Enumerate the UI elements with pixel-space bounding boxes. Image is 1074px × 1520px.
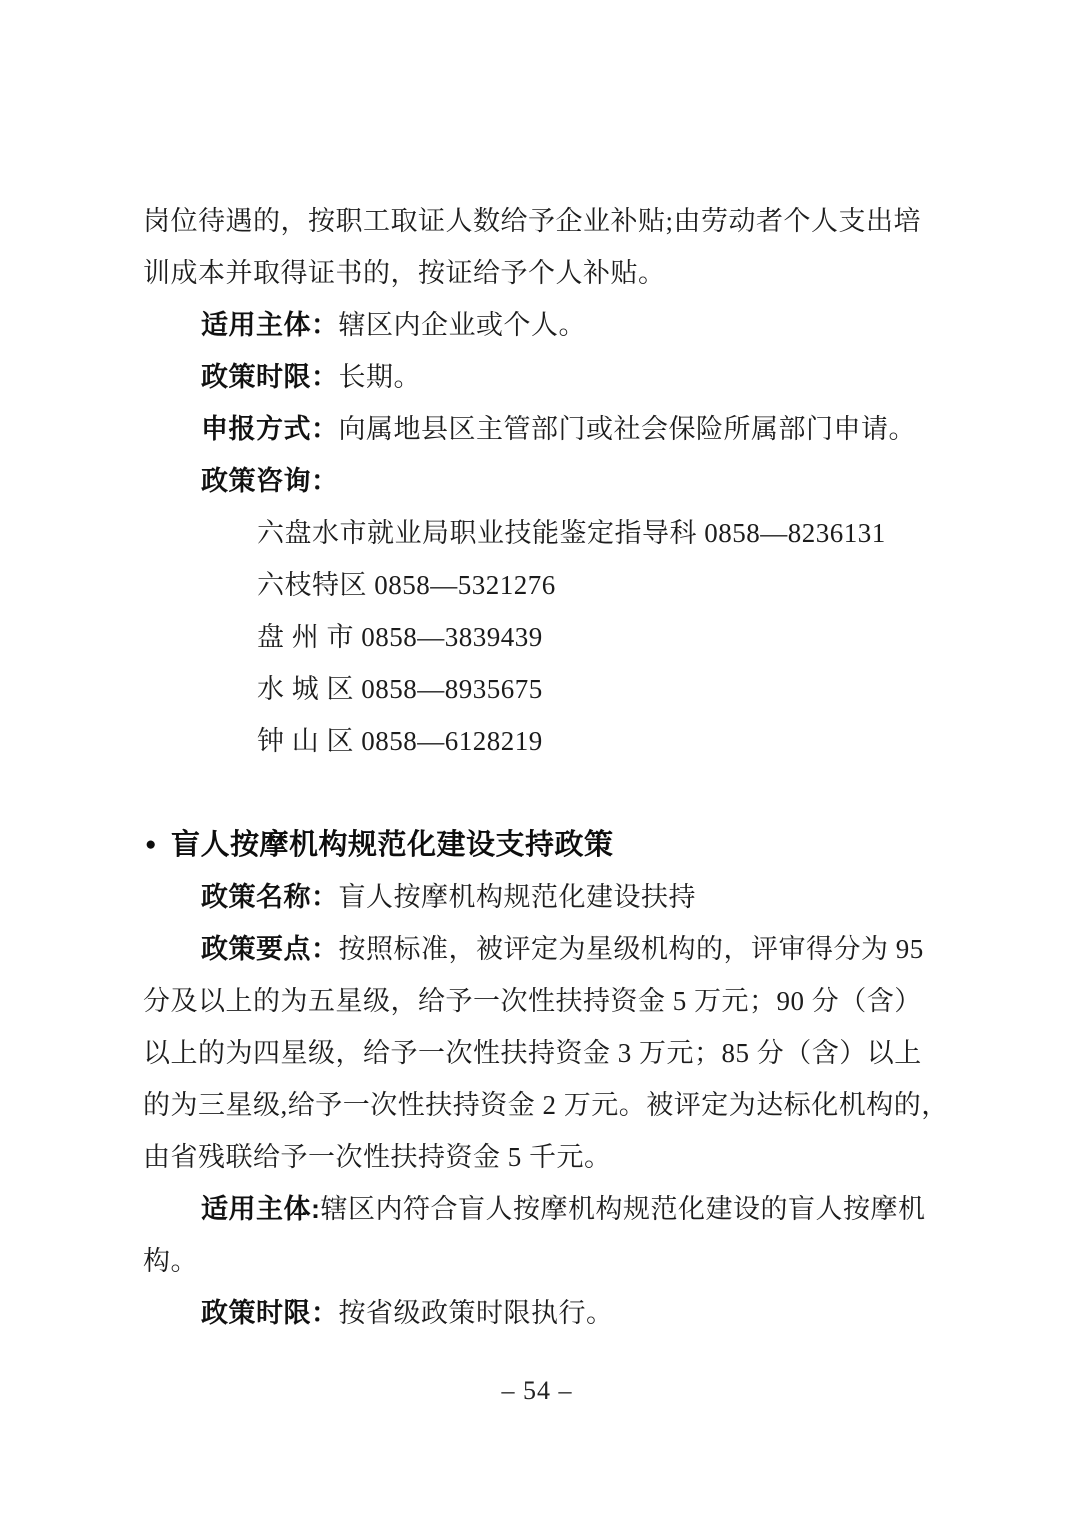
subject-label: 适用主体: [201,1194,321,1224]
policy-field-line: 政策咨询： [143,455,956,507]
policy-points-text: 由省残联给予一次性扶持资金 5 千元。 [143,1142,612,1172]
policy-field-line: 适用主体：辖区内企业或个人。 [143,299,956,351]
spacer [143,767,956,819]
time-limit-value: 按省级政策时限执行。 [339,1298,614,1328]
body-line: 岗位待遇的，按职工取证人数给予企业补贴;由劳动者个人支出培 [143,195,956,247]
body-line: 的为三星级,给予一次性扶持资金 2 万元。被评定为达标化机构的， [143,1079,956,1131]
consultation-label: 政策咨询： [201,466,339,496]
contact-line: 钟 山 区 0858—6128219 [143,715,956,767]
body-line: 分及以上的为五星级，给予一次性扶持资金 5 万元；90 分（含） [143,975,956,1027]
policy-points-text: 以上的为四星级，给予一次性扶持资金 3 万元；85 分（含）以上 [143,1038,922,1068]
time-limit-label: 政策时限： [201,1298,339,1328]
document-page: 岗位待遇的，按职工取证人数给予企业补贴;由劳动者个人支出培 训成本并取得证书的，… [0,0,1074,1520]
policy-points-text: 按照标准，被评定为星级机构的，评审得分为 95 [339,934,924,964]
subject-text: 构。 [143,1246,198,1276]
paragraph-text: 训成本并取得证书的，按证给予个人补贴。 [143,258,666,288]
contact-text: 盘 州 市 0858—3839439 [257,622,543,652]
contact-line: 六盘水市就业局职业技能鉴定指导科 0858—8236131 [143,507,956,559]
policy-field-line: 政策时限：按省级政策时限执行。 [143,1287,956,1339]
contact-line: 盘 州 市 0858—3839439 [143,611,956,663]
contact-text: 六枝特区 0858—5321276 [257,570,556,600]
policy-points-text: 分及以上的为五星级，给予一次性扶持资金 5 万元；90 分（含） [143,986,922,1016]
time-limit-label: 政策时限： [201,362,339,392]
page-content: 岗位待遇的，按职工取证人数给予企业补贴;由劳动者个人支出培 训成本并取得证书的，… [0,0,1074,1339]
body-line: 构。 [143,1235,956,1287]
subject-label: 适用主体： [201,310,339,340]
policy-field-line: 政策要点：按照标准，被评定为星级机构的，评审得分为 95 [143,923,956,975]
policy-field-line: 政策时限：长期。 [143,351,956,403]
subject-value: 辖区内企业或个人。 [339,310,587,340]
contact-line: 水 城 区 0858—8935675 [143,663,956,715]
body-line: 以上的为四星级，给予一次性扶持资金 3 万元；85 分（含）以上 [143,1027,956,1079]
policy-points-label: 政策要点： [201,934,339,964]
policy-points-text: 的为三星级,给予一次性扶持资金 2 万元。被评定为达标化机构的， [143,1090,949,1120]
bullet-icon: ● [145,819,157,871]
section-heading: ● 盲人按摩机构规范化建设支持政策 [143,819,956,871]
application-method-label: 申报方式： [201,414,339,444]
application-method-value: 向属地县区主管部门或社会保险所属部门申请。 [339,414,917,444]
time-limit-value: 长期。 [339,362,422,392]
policy-field-line: 政策名称：盲人按摩机构规范化建设扶持 [143,871,956,923]
section-heading-text: 盲人按摩机构规范化建设支持政策 [171,819,614,871]
body-line: 训成本并取得证书的，按证给予个人补贴。 [143,247,956,299]
policy-name-value: 盲人按摩机构规范化建设扶持 [339,882,697,912]
contact-text: 钟 山 区 0858—6128219 [257,726,543,756]
policy-name-label: 政策名称： [201,882,339,912]
paragraph-text: 岗位待遇的，按职工取证人数给予企业补贴;由劳动者个人支出培 [143,206,921,236]
contact-line: 六枝特区 0858—5321276 [143,559,956,611]
page-number: – 54 – [0,1376,1074,1406]
policy-field-line: 申报方式：向属地县区主管部门或社会保险所属部门申请。 [143,403,956,455]
contact-text: 六盘水市就业局职业技能鉴定指导科 0858—8236131 [257,518,886,548]
subject-text: 辖区内符合盲人按摩机构规范化建设的盲人按摩机 [321,1194,926,1224]
body-line: 由省残联给予一次性扶持资金 5 千元。 [143,1131,956,1183]
policy-field-line: 适用主体:辖区内符合盲人按摩机构规范化建设的盲人按摩机 [143,1183,956,1235]
contact-text: 水 城 区 0858—8935675 [257,674,543,704]
